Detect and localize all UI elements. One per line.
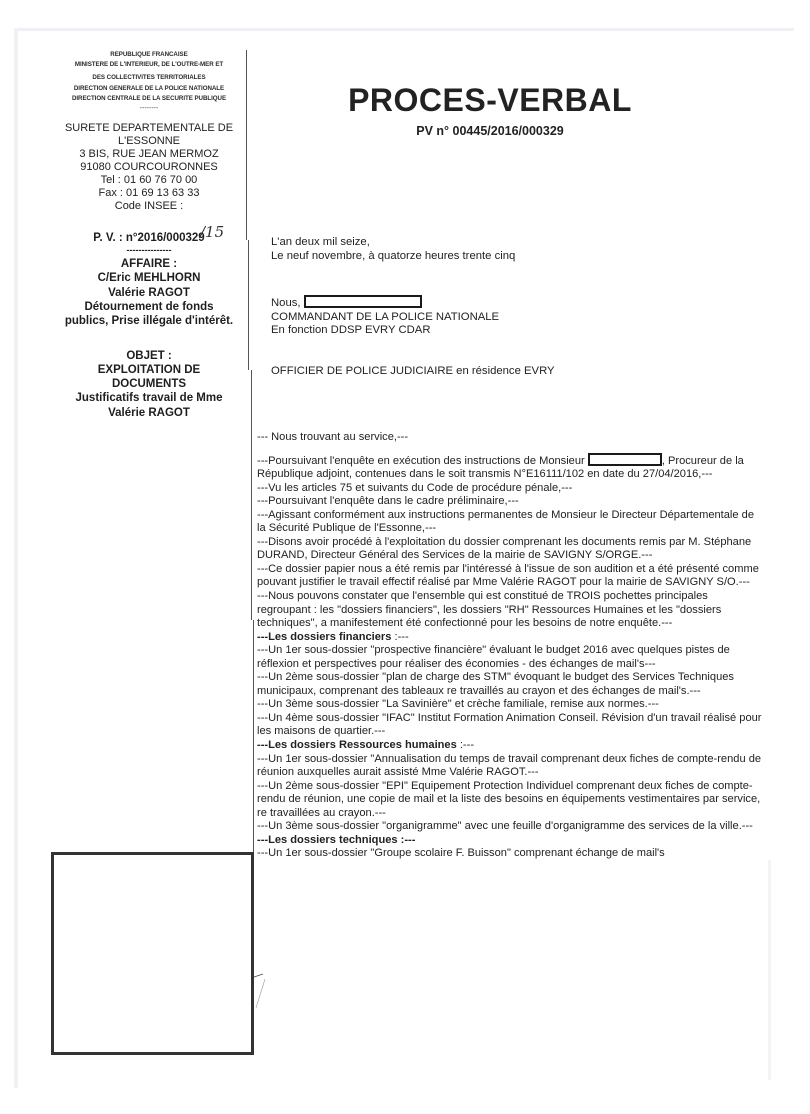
margin-rule [251,370,252,620]
list-item: ---Un 2ème sous-dossier "plan de charge … [257,671,762,698]
pv-reference: P. V. : n°2016/000329 /15 [52,231,246,245]
objet-line: Justificatifs travail de Mme [52,391,246,405]
objet-block: OBJET : EXPLOITATION DE DOCUMENTS Justif… [52,349,246,420]
header-left-column: REPUBLIQUE FRANCAISE MINISTERE DE L'INTE… [52,50,246,420]
body-paragraph: ---Disons avoir procédé à l'exploitation… [257,536,762,563]
pv-reference-number: P. V. : n°2016/000329 [93,232,204,244]
affaire-line: publics, Prise illégale d'intérêt. [52,314,246,328]
officer-name-line: Nous, [271,295,499,311]
ministry-line: DES COLLECTIVITES TERRITORIALES [52,73,246,83]
affaire-line: Détournement de fonds [52,300,246,314]
section-heading-suffix: :--- [457,739,474,751]
report-body: --- Nous trouvant au service,--- ---Pour… [257,431,762,861]
date-line: Le neuf novembre, à quatorze heures tren… [271,250,515,264]
address-line: 91080 COURCOURONNES [52,161,246,174]
officer-rank: COMMANDANT DE LA POLICE NATIONALE [271,311,499,325]
body-paragraph: ---Poursuivant l'enquête dans le cadre p… [257,495,762,509]
section-heading-rh: ---Les dossiers Ressources humaines :--- [257,739,762,753]
scan-edge-top [14,28,794,31]
opj-line: OFFICIER DE POLICE JUDICIAIRE en résiden… [271,365,555,379]
list-item: ---Un 3ème sous-dossier "La Savinière" e… [257,698,762,712]
date-line: L'an deux mil seize, [271,236,515,250]
affaire-line: C/Eric MEHLHORN [52,271,246,285]
objet-line: DOCUMENTS [52,377,246,391]
handwritten-page-number: /15 [200,225,224,239]
body-paragraph: ---Vu les articles 75 et suivants du Cod… [257,482,762,496]
address-line: 3 BIS, RUE JEAN MERMOZ [52,148,246,161]
separator: --------------- [52,246,246,255]
section-heading-suffix: :--- [391,631,408,643]
stamp-box [51,852,254,1055]
body-text-span: , [662,455,665,467]
ministry-line: DIRECTION CENTRALE DE LA SECURITE PUBLIQ… [52,94,246,104]
ministry-line: DIRECTION GENERALE DE LA POLICE NATIONAL… [52,84,246,94]
section-heading-financiers: ---Les dossiers financiers :--- [257,631,762,645]
objet-line: Valérie RAGOT [52,406,246,420]
separator: -------- [52,105,246,113]
fax-line: Fax : 01 69 13 63 33 [52,187,246,200]
body-paragraph: ---Poursuivant l'enquête en exécution de… [257,453,762,482]
list-item: ---Un 1er sous-dossier "Annualisation du… [257,753,762,780]
address-line: SURETE DEPARTEMENTALE DE [52,122,246,135]
address-block: SURETE DEPARTEMENTALE DE L'ESSONNE 3 BIS… [52,122,246,213]
section-heading-text: ---Les dossiers techniques :--- [257,834,415,846]
list-item: ---Un 4ème sous-dossier "IFAC" Institut … [257,712,762,739]
objet-line: EXPLOITATION DE [52,363,246,377]
section-heading-text: ---Les dossiers Ressources humaines [257,739,457,751]
scan-edge-right [768,860,771,1080]
body-lead: --- Nous trouvant au service,--- [257,431,762,445]
body-paragraph: ---Agissant conformément aux instruction… [257,509,762,536]
nous-label: Nous, [271,297,301,309]
pen-mark-icon [253,970,273,1010]
ministry-line: REPUBLIQUE FRANCAISE [52,50,246,60]
list-item: ---Un 1er sous-dossier "Groupe scolaire … [257,847,762,861]
list-item: ---Un 2ème sous-dossier "EPI" Equipement… [257,780,762,821]
ministry-block: REPUBLIQUE FRANCAISE MINISTERE DE L'INTE… [52,50,246,104]
redacted-officer-name [304,295,422,308]
body-paragraph: ---Nous pouvons constater que l'ensemble… [257,590,762,631]
margin-rule [248,240,249,370]
affaire-line: Valérie RAGOT [52,286,246,300]
address-line: L'ESSONNE [52,135,246,148]
body-paragraph: ---Ce dossier papier nous a été remis pa… [257,563,762,590]
scan-edge-left [14,28,18,1088]
section-heading-text: ---Les dossiers financiers [257,631,391,643]
document-title: PROCES-VERBAL [300,82,680,119]
date-block: L'an deux mil seize, Le neuf novembre, à… [271,236,515,263]
section-heading-techniques: ---Les dossiers techniques :--- [257,834,762,848]
ministry-line: MINISTERE DE L'INTERIEUR, DE L'OUTRE-MER… [52,60,246,70]
margin-rule [246,50,247,240]
redacted-prosecutor-name [588,453,662,466]
officer-block: Nous, COMMANDANT DE LA POLICE NATIONALE … [271,295,499,338]
objet-label: OBJET : [52,349,246,363]
pv-number: PV n° 00445/2016/000329 [300,124,680,138]
officer-function: En fonction DDSP EVRY CDAR [271,324,499,338]
affaire-label: AFFAIRE : [52,257,246,271]
list-item: ---Un 3ème sous-dossier "organigramme" a… [257,820,762,834]
list-item: ---Un 1er sous-dossier "prospective fina… [257,644,762,671]
phone-line: Tel : 01 60 76 70 00 [52,174,246,187]
body-text-span: ---Poursuivant l'enquête en exécution de… [257,455,585,467]
affaire-block: AFFAIRE : C/Eric MEHLHORN Valérie RAGOT … [52,257,246,328]
insee-line: Code INSEE : [52,200,246,213]
